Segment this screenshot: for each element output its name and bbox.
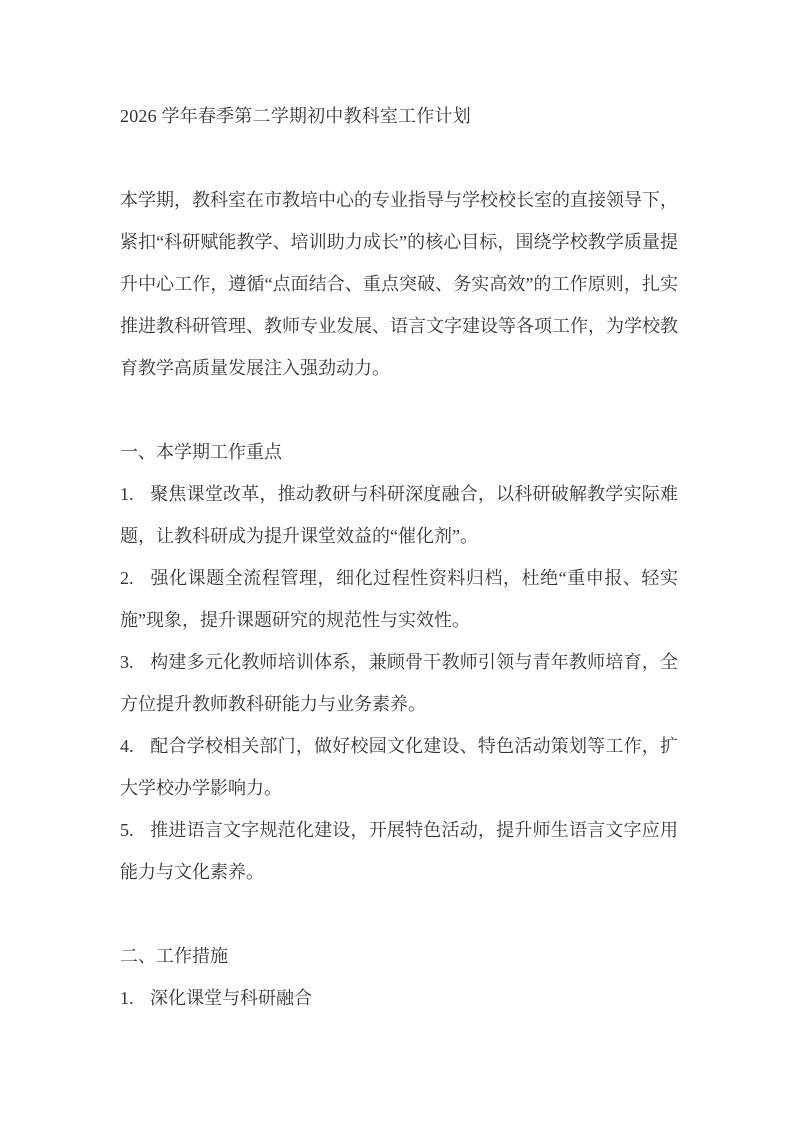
list-item-3-number: 3. [120, 641, 150, 683]
list-item-3: 3.构建多元化教师培训体系，兼顾骨干教师引领与青年教师培育，全方位提升教师教科研… [120, 641, 678, 725]
list-item-2: 2.强化课题全流程管理，细化过程性资料归档，杜绝“重申报、轻实施”现象，提升课题… [120, 557, 678, 641]
list-item-2-number: 2. [120, 557, 150, 599]
section-2-item-1-number: 1. [120, 977, 150, 1019]
list-item-3-text: 构建多元化教师培训体系，兼顾骨干教师引领与青年教师培育，全方位提升教师教科研能力… [120, 652, 678, 714]
section-2-heading: 二、工作措施 [120, 935, 678, 977]
section-2-item-1: 1.深化课堂与科研融合 [120, 977, 678, 1019]
section-2-item-1-text: 深化课堂与科研融合 [150, 988, 312, 1008]
list-item-2-text: 强化课题全流程管理，细化过程性资料归档，杜绝“重申报、轻实施”现象，提升课题研究… [120, 568, 678, 630]
blank-line [120, 389, 678, 431]
list-item-5: 5.推进语言文字规范化建设，开展特色活动，提升师生语言文字应用能力与文化素养。 [120, 809, 678, 893]
list-item-4-number: 4. [120, 725, 150, 767]
blank-line [120, 137, 678, 179]
list-item-5-number: 5. [120, 809, 150, 851]
section-1-heading: 一、本学期工作重点 [120, 431, 678, 473]
blank-line [120, 893, 678, 935]
list-item-1: 1.聚焦课堂改革，推动教研与科研深度融合，以科研破解教学实际难题，让教科研成为提… [120, 473, 678, 557]
list-item-4-text: 配合学校相关部门，做好校园文化建设、特色活动策划等工作，扩大学校办学影响力。 [120, 736, 678, 798]
list-item-5-text: 推进语言文字规范化建设，开展特色活动，提升师生语言文字应用能力与文化素养。 [120, 820, 678, 882]
intro-paragraph: 本学期，教科室在市教培中心的专业指导与学校校长室的直接领导下，紧扣“科研赋能教学… [120, 179, 678, 389]
list-item-1-text: 聚焦课堂改革，推动教研与科研深度融合，以科研破解教学实际难题，让教科研成为提升课… [120, 484, 678, 546]
list-item-4: 4.配合学校相关部门，做好校园文化建设、特色活动策划等工作，扩大学校办学影响力。 [120, 725, 678, 809]
list-item-1-number: 1. [120, 473, 150, 515]
document-page: 2026 学年春季第二学期初中教科室工作计划 本学期，教科室在市教培中心的专业指… [0, 0, 793, 1122]
document-title: 2026 学年春季第二学期初中教科室工作计划 [120, 95, 678, 137]
